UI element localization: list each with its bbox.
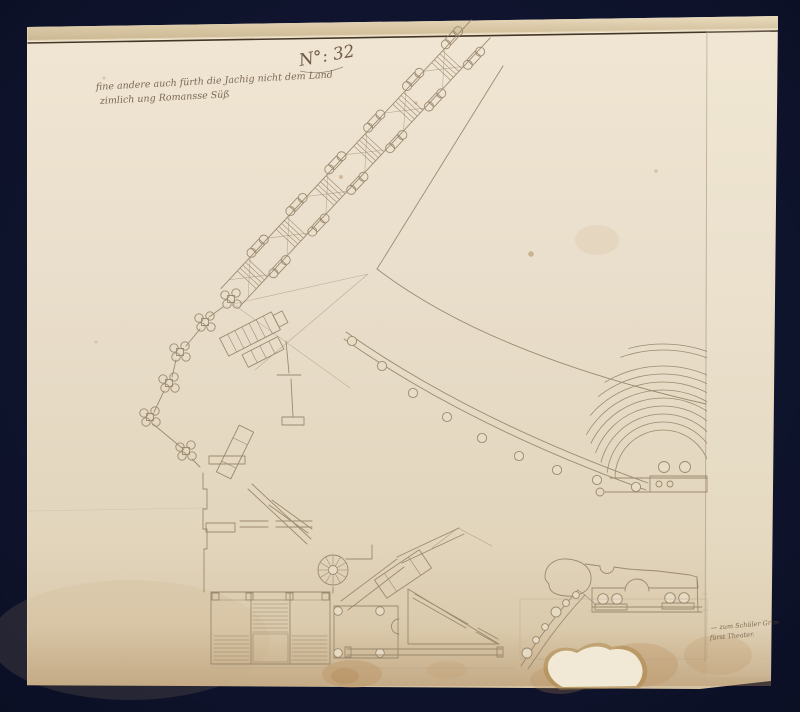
drawing-canvas: N°: 32 fine andere auch fürth die Jachig… xyxy=(0,0,800,712)
spiral-staircase xyxy=(318,555,348,585)
photograph-of-architectural-drawing: N°: 32 fine andere auch fürth die Jachig… xyxy=(0,0,800,712)
damage-pale-patch xyxy=(548,646,643,687)
paper-sheet xyxy=(0,16,778,700)
